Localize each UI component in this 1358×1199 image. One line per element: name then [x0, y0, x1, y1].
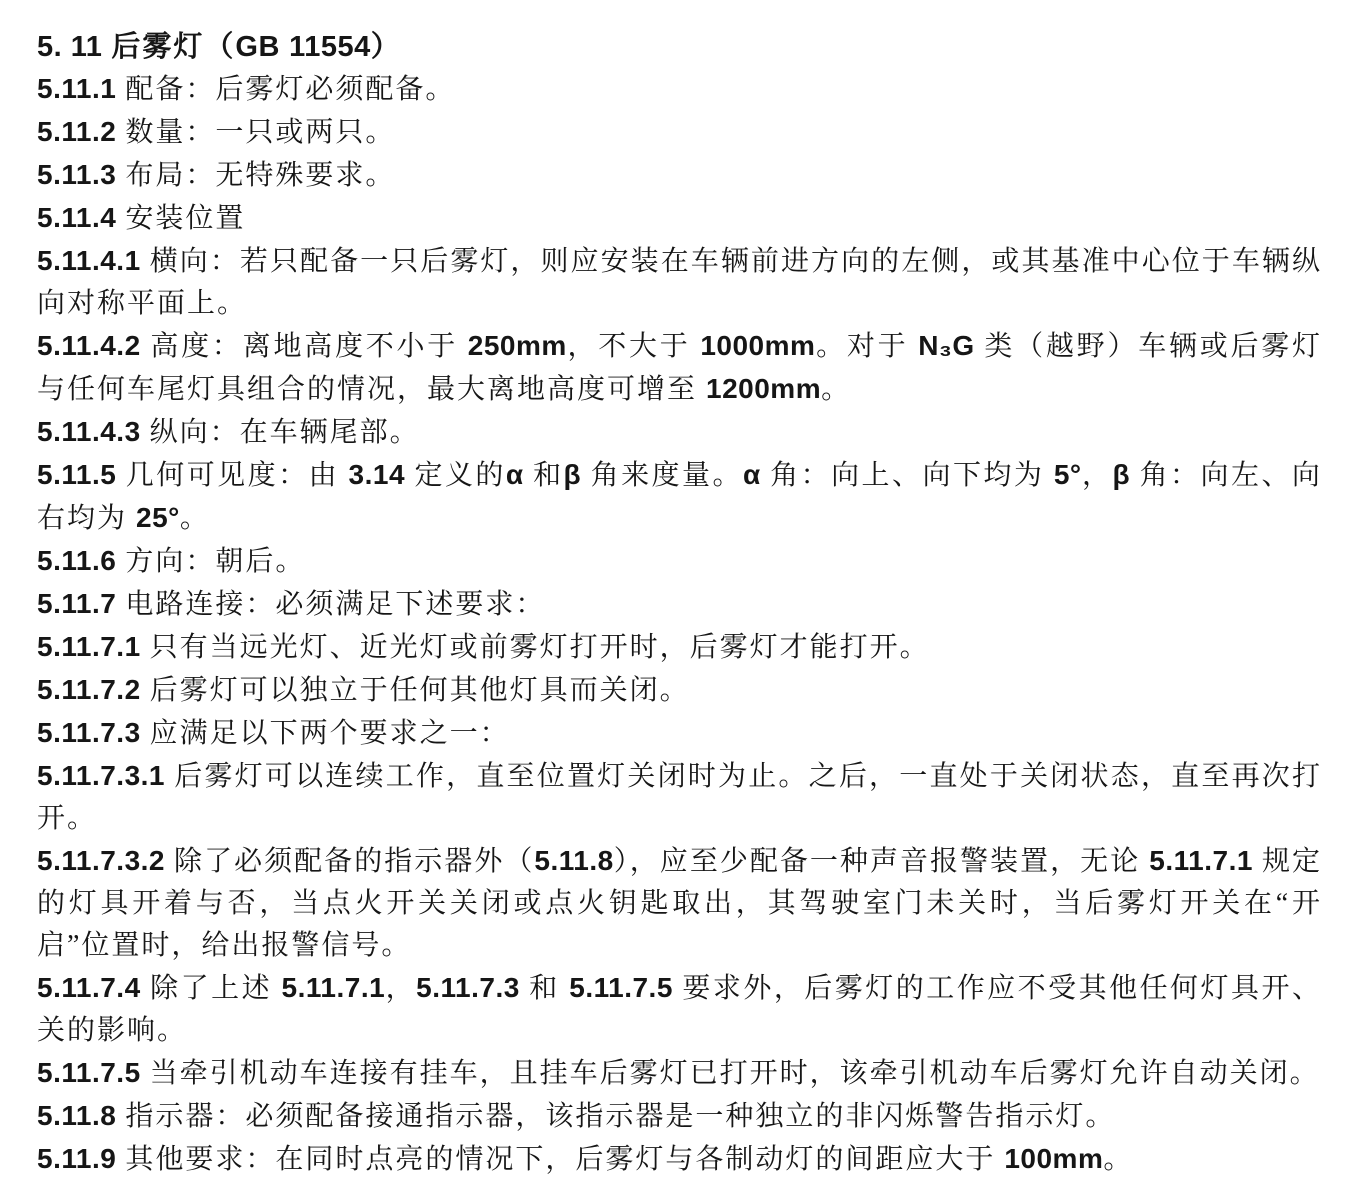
clause-number: 5.11.7.3	[37, 717, 141, 748]
clause-text: 后雾灯可以独立于任何其他灯具而关闭。	[150, 675, 690, 706]
clause-text: 方向：朝后。	[125, 546, 305, 577]
section-heading: 5. 11后雾灯（GB 11554）	[37, 26, 1322, 68]
clause-paragraph: 5.11.7电路连接：必须满足下述要求：	[37, 583, 1322, 626]
clause-text: 配备：后雾灯必须配备。	[125, 74, 455, 105]
clause-paragraph: 5.11.8指示器：必须配备接通指示器，该指示器是一种独立的非闪烁警告指示灯。	[37, 1095, 1322, 1138]
clause-paragraph: 5.11.5几何可见度：由 3.14 定义的α 和β 角来度量。α 角：向上、向…	[37, 454, 1322, 540]
clause-paragraph: 5.11.4.1横向：若只配备一只后雾灯，则应安装在车辆前进方向的左侧，或其基准…	[37, 240, 1322, 325]
clause-paragraph: 5.11.6方向：朝后。	[37, 540, 1322, 583]
clause-paragraph: 5.11.9其他要求：在同时点亮的情况下，后雾灯与各制动灯的间距应大于 100m…	[37, 1138, 1322, 1181]
clause-paragraph: 5.11.7.3.2除了必须配备的指示器外（5.11.8），应至少配备一种声音报…	[37, 840, 1322, 967]
clause-paragraph: 5.11.7.3应满足以下两个要求之一：	[37, 712, 1322, 755]
clause-paragraph: 5.11.7.3.1后雾灯可以连续工作，直至位置灯关闭时为止。之后，一直处于关闭…	[37, 755, 1322, 840]
clause-number: 5.11.8	[37, 1100, 116, 1131]
clause-paragraph: 5.11.7.4除了上述 5.11.7.1，5.11.7.3 和 5.11.7.…	[37, 967, 1322, 1052]
document-page: 5. 11后雾灯（GB 11554） 5.11.1配备：后雾灯必须配备。 5.1…	[0, 0, 1358, 1199]
clause-text: 安装位置	[125, 203, 245, 234]
clause-text: 除了上述 5.11.7.1，5.11.7.3 和 5.11.7.5 要求外，后雾…	[37, 973, 1322, 1046]
clause-paragraph: 5.11.7.1只有当远光灯、近光灯或前雾灯打开时，后雾灯才能打开。	[37, 626, 1322, 669]
section-number: 5. 11	[37, 31, 102, 63]
clause-paragraph: 5.11.4.2高度：离地高度不小于 250mm，不大于 1000mm。对于 N…	[37, 325, 1322, 411]
clause-text: 布局：无特殊要求。	[125, 160, 395, 191]
clause-number: 5.11.7	[37, 588, 116, 619]
clause-number: 5.11.4.3	[37, 416, 141, 447]
clause-number: 5.11.1	[37, 73, 116, 104]
clause-text: 其他要求：在同时点亮的情况下，后雾灯与各制动灯的间距应大于 100mm。	[125, 1144, 1133, 1175]
clause-number: 5.11.5	[37, 459, 116, 490]
clause-text: 应满足以下两个要求之一：	[150, 718, 510, 749]
clause-text: 后雾灯可以连续工作，直至位置灯关闭时为止。之后，一直处于关闭状态，直至再次打开。	[37, 761, 1322, 834]
clause-text: 指示器：必须配备接通指示器，该指示器是一种独立的非闪烁警告指示灯。	[125, 1101, 1115, 1132]
clause-paragraph: 5.11.1配备：后雾灯必须配备。	[37, 68, 1322, 111]
clause-text: 横向：若只配备一只后雾灯，则应安装在车辆前进方向的左侧，或其基准中心位于车辆纵向…	[37, 246, 1322, 319]
clause-text: 除了必须配备的指示器外（5.11.8），应至少配备一种声音报警装置，无论 5.1…	[37, 846, 1322, 961]
clause-text: 只有当远光灯、近光灯或前雾灯打开时，后雾灯才能打开。	[150, 632, 930, 663]
clause-number: 5.11.4.1	[37, 245, 141, 276]
clause-text: 纵向：在车辆尾部。	[150, 417, 420, 448]
clause-number: 5.11.6	[37, 545, 116, 576]
clause-number: 5.11.3	[37, 159, 116, 190]
clause-number: 5.11.7.1	[37, 631, 141, 662]
clause-paragraph: 5.11.2数量：一只或两只。	[37, 111, 1322, 154]
clause-number: 5.11.7.3.2	[37, 845, 165, 876]
clause-paragraph: 5.11.4.3纵向：在车辆尾部。	[37, 411, 1322, 454]
clause-number: 5.11.4.2	[37, 330, 141, 361]
clause-text: 电路连接：必须满足下述要求：	[125, 589, 545, 620]
clause-text: 当牵引机动车连接有挂车，且挂车后雾灯已打开时，该牵引机动车后雾灯允许自动关闭。	[150, 1058, 1320, 1089]
clause-text: 几何可见度：由 3.14 定义的α 和β 角来度量。α 角：向上、向下均为 5°…	[37, 460, 1322, 534]
clause-number: 5.11.7.4	[37, 972, 141, 1003]
clause-number: 5.11.7.5	[37, 1057, 141, 1088]
clause-paragraph: 5.11.4安装位置	[37, 197, 1322, 240]
clause-number: 5.11.7.2	[37, 674, 141, 705]
clause-paragraph: 5.11.7.5当牵引机动车连接有挂车，且挂车后雾灯已打开时，该牵引机动车后雾灯…	[37, 1052, 1322, 1095]
clause-text: 数量：一只或两只。	[125, 117, 395, 148]
clause-text: 高度：离地高度不小于 250mm，不大于 1000mm。对于 N₃G 类（越野）…	[37, 331, 1322, 405]
clause-paragraph: 5.11.3布局：无特殊要求。	[37, 154, 1322, 197]
clause-number: 5.11.9	[37, 1143, 116, 1174]
clause-number: 5.11.7.3.1	[37, 760, 165, 791]
clause-number: 5.11.2	[37, 116, 116, 147]
clause-number: 5.11.4	[37, 202, 116, 233]
clause-paragraph: 5.11.7.2后雾灯可以独立于任何其他灯具而关闭。	[37, 669, 1322, 712]
section-title: 后雾灯（GB 11554）	[111, 31, 401, 63]
